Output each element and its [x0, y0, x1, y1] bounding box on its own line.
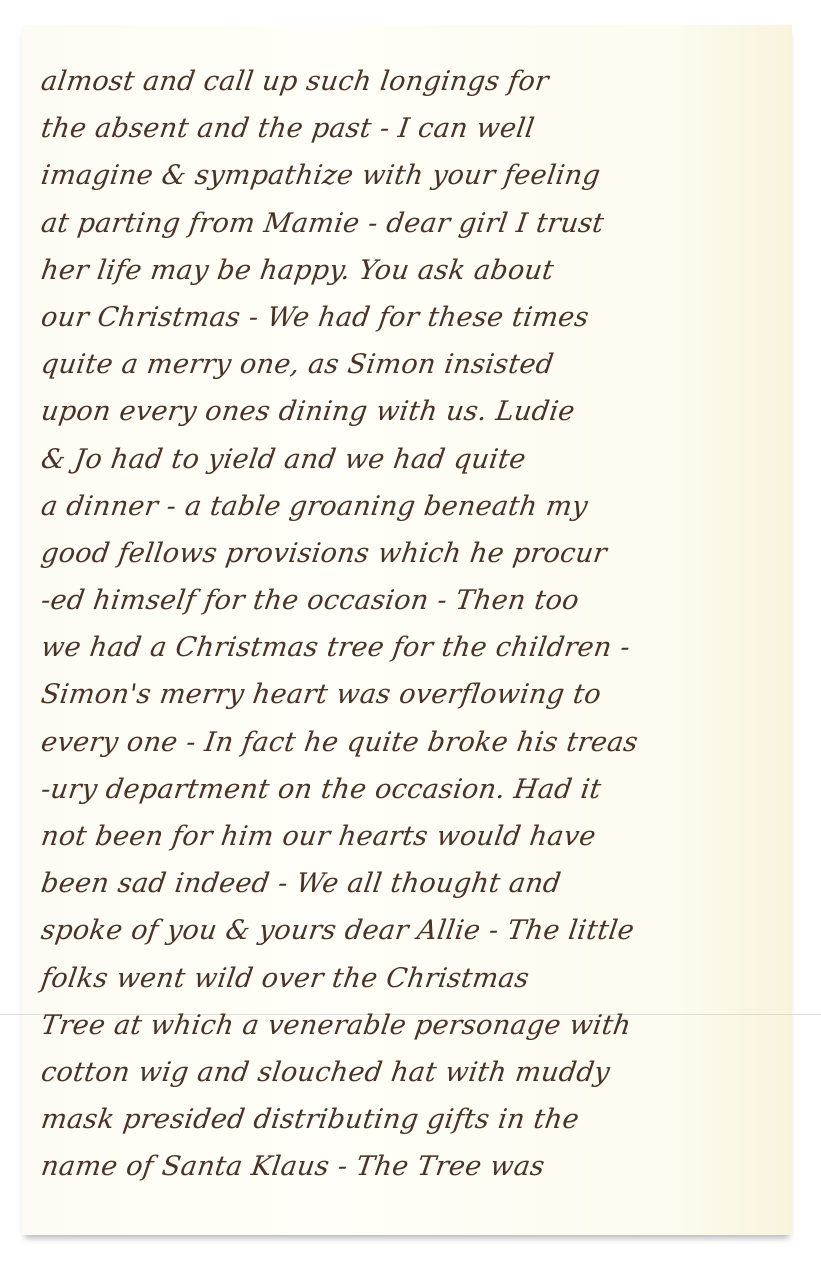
text-line: upon every ones dining with us. Ludie: [38, 388, 785, 435]
text-line: Tree at which a venerable personage with: [38, 1002, 785, 1049]
text-line: a dinner - a table groaning beneath my: [38, 483, 785, 530]
text-line: -ury department on the occasion. Had it: [38, 766, 785, 813]
text-line: her life may be happy. You ask about: [38, 247, 785, 294]
text-line: folks went wild over the Christmas: [38, 955, 785, 1002]
text-line: cotton wig and slouched hat with muddy: [38, 1049, 785, 1096]
text-line: & Jo had to yield and we had quite: [38, 436, 785, 483]
text-line: the absent and the past - I can well: [38, 105, 785, 152]
text-line: not been for him our hearts would have: [38, 813, 785, 860]
text-line: spoke of you & yours dear Allie - The li…: [38, 907, 785, 954]
handwritten-text: almost and call up such longings for the…: [38, 58, 778, 1191]
text-line: been sad indeed - We all thought and: [38, 860, 785, 907]
text-line: mask presided distributing gifts in the: [38, 1096, 785, 1143]
text-line: Simon's merry heart was overflowing to: [38, 671, 785, 718]
text-line: good fellows provisions which he procur: [38, 530, 785, 577]
text-line: almost and call up such longings for: [38, 58, 785, 105]
text-line: every one - In fact he quite broke his t…: [38, 719, 785, 766]
text-line: at parting from Mamie - dear girl I trus…: [38, 200, 785, 247]
text-line: quite a merry one, as Simon insisted: [38, 341, 785, 388]
text-line: we had a Christmas tree for the children…: [38, 624, 785, 671]
text-line: our Christmas - We had for these times: [38, 294, 785, 341]
text-line: imagine & sympathize with your feeling: [38, 152, 785, 199]
text-line: name of Santa Klaus - The Tree was: [38, 1143, 785, 1190]
text-line: -ed himself for the occasion - Then too: [38, 577, 785, 624]
